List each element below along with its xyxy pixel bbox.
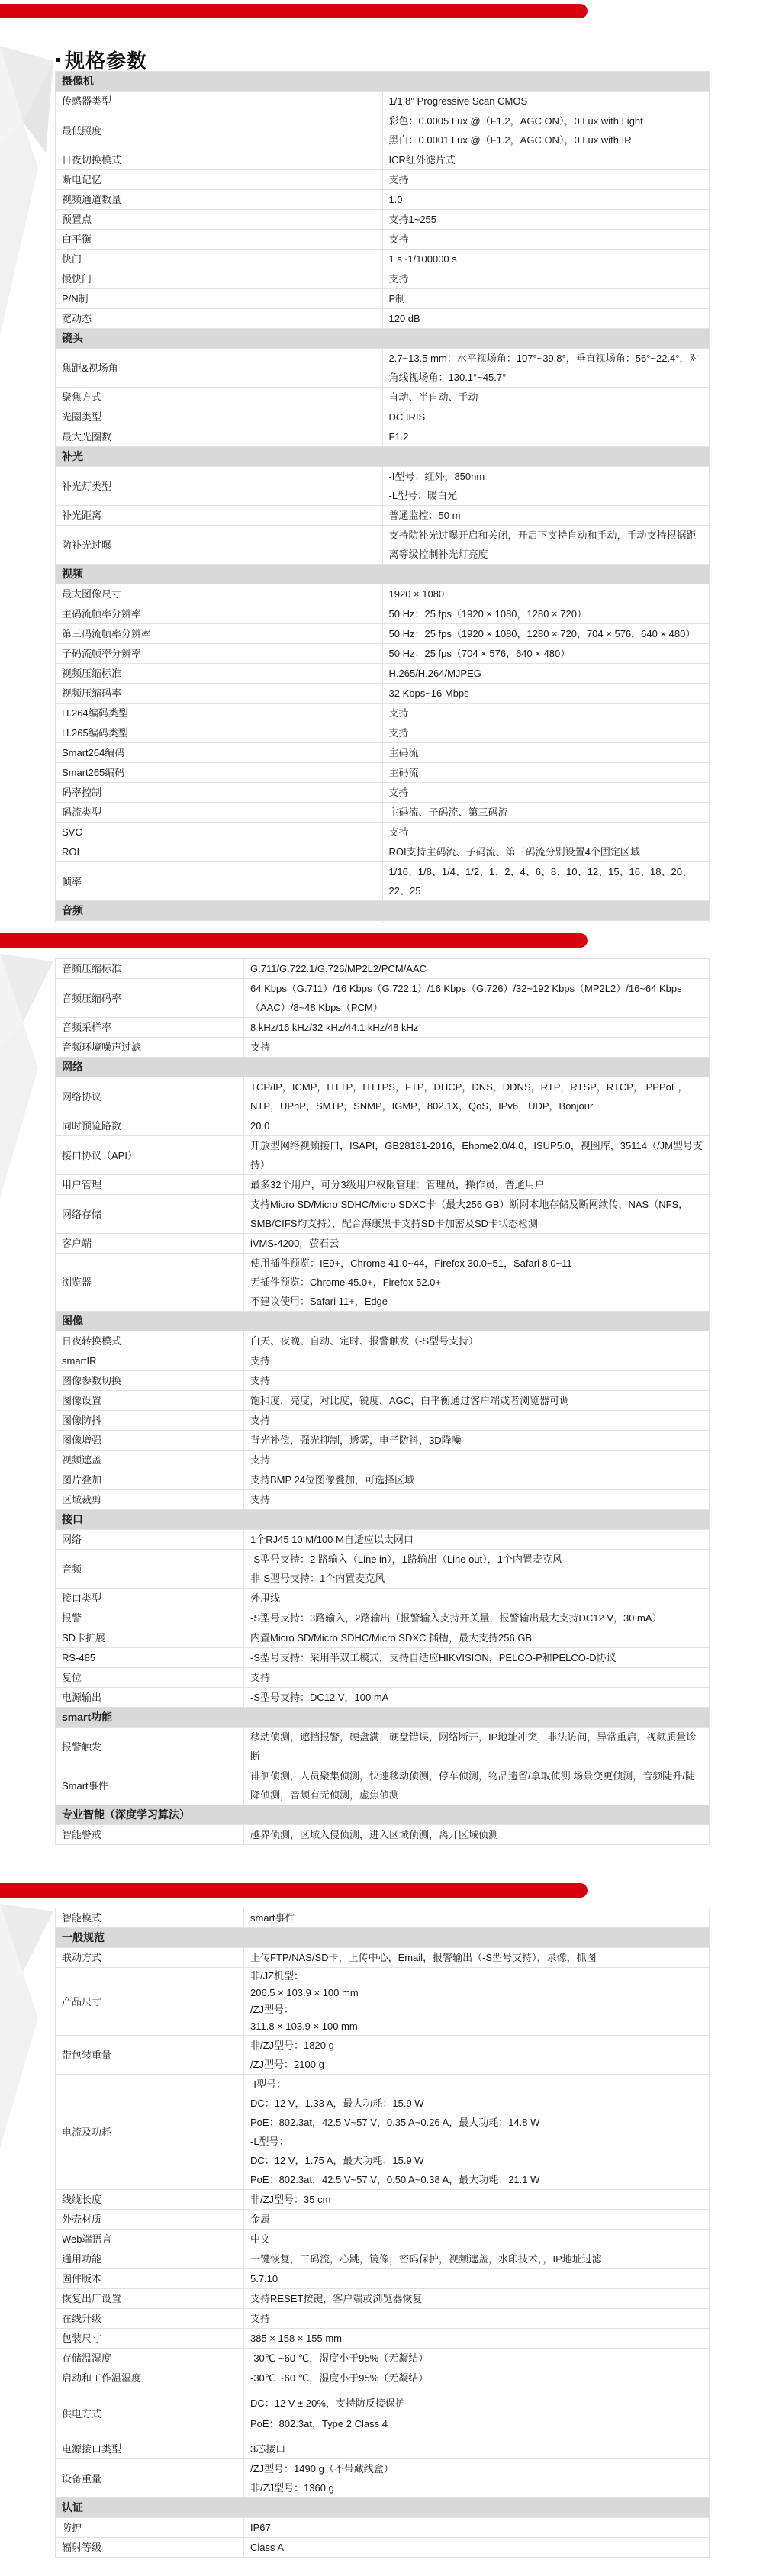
section-header: 视频 [56, 565, 710, 584]
spec-row: 最大光圈数F1.2 [56, 427, 710, 447]
spec-value-line: ROI支持主码流、子码流、第三码流分别设置4个固定区域 [389, 842, 703, 861]
spec-value: 50 Hz：25 fps（1920 × 1080，1280 × 720） [382, 604, 710, 624]
spec-row: 电流及功耗-I型号：DC：12 V，1.33 A，最大功耗：15.9 WPoE：… [56, 2075, 710, 2190]
spec-label: 宽动态 [56, 309, 383, 329]
spec-label: smartIR [56, 1351, 244, 1371]
spec-label: 同时预览路数 [56, 1116, 244, 1136]
spec-label: 码流类型 [56, 803, 383, 823]
spec-value: 支持Micro SD/Micro SDHC/Micro SDXC卡（最大256 … [244, 1195, 710, 1234]
spec-label: 视频遮盖 [56, 1451, 244, 1470]
spec-label: 外壳材质 [56, 2210, 244, 2230]
spec-value: 中文 [244, 2230, 710, 2249]
spec-label: 报警 [56, 1608, 244, 1628]
spec-row: 补光距离普通监控：50 m [56, 506, 710, 526]
spec-row: 区域裁剪支持 [56, 1490, 710, 1510]
spec-value-line: -L型号：暖白光 [389, 486, 703, 505]
spec-value-line: -I型号：红外，850nm [389, 467, 703, 486]
spec-label: SVC [56, 823, 383, 842]
spec-row: P/N制P制 [56, 289, 710, 309]
decorative-star-graphic [0, 31, 57, 336]
spec-label: Smart事件 [56, 1766, 244, 1805]
spec-value-line: 一键恢复，三码流，心跳，镜像，密码保护，视频遮盖，水印技术，，IP地址过滤 [250, 2249, 703, 2268]
spec-value-line: 3芯接口 [250, 2439, 703, 2458]
spec-value-line: 非/ZJ型号：1360 g [250, 2478, 703, 2497]
spec-value-line: 无插件预览：Chrome 45.0+，Firefox 52.0+ [250, 1273, 703, 1292]
spec-value: 越界侦测，区域入侵侦测，进入区域侦测，离开区域侦测 [244, 1825, 710, 1845]
spec-label: 音频环境噪声过滤 [56, 1038, 244, 1058]
spec-row: 固件版本5.7.10 [56, 2269, 710, 2289]
spec-label: 慢快门 [56, 269, 383, 289]
spec-label: 日夜转换模式 [56, 1331, 244, 1351]
spec-row: H.264编码类型支持 [56, 704, 710, 723]
spec-label: 防补光过曝 [56, 526, 383, 565]
spec-value: -I型号：DC：12 V，1.33 A，最大功耗：15.9 WPoE：802.3… [244, 2075, 710, 2190]
spec-row: 音频压缩标准G.711/G.722.1/G.726/MP2L2/PCM/AAC [56, 959, 710, 979]
spec-row: 产品尺寸非/JZ机型：206.5 × 103.9 × 100 mm/ZJ型号：3… [56, 1968, 710, 2036]
spec-label: 带包装重量 [56, 2036, 244, 2075]
spec-table: 摄像机传感器类型1/1.8" Progressive Scan CMOS最低照度… [55, 71, 710, 923]
spec-value-line: 支持 [389, 230, 703, 249]
spec-value: Class A [244, 2538, 710, 2558]
spec-value-line: 50 Hz：25 fps（704 × 576，640 × 480） [389, 644, 703, 663]
spec-row: Smart事件徘徊侦测，人员聚集侦测，快速移动侦测，停车侦测，物品遗留/拿取侦测… [56, 1766, 710, 1805]
spec-label: RS-485 [56, 1648, 244, 1668]
spec-value-line: -30℃ ~60 ℃，湿度小于95%（无凝结） [250, 2349, 703, 2368]
spec-row: 预置点支持1~255 [56, 210, 710, 230]
spec-row: 音频压缩码率64 Kbps（G.711）/16 Kbps（G.722.1）/16… [56, 979, 710, 1018]
section-title: 镜头 [56, 329, 710, 349]
spec-row: 在线升级支持 [56, 2309, 710, 2329]
spec-label: 报警触发 [56, 1728, 244, 1766]
spec-value-line: 5.7.10 [250, 2269, 703, 2288]
spec-label: 电源接口类型 [56, 2439, 244, 2459]
spec-row: 接口协议（API）开放型网络视频接口，ISAPI，GB28181-2016，Eh… [56, 1136, 710, 1175]
spec-value-line: /ZJ型号： [250, 2001, 703, 2018]
section-header: 接口 [56, 1510, 710, 1530]
spec-label: 视频压缩码率 [56, 684, 383, 704]
spec-label: 复位 [56, 1668, 244, 1688]
spec-label: 主码流帧率分辨率 [56, 604, 383, 624]
spec-row: 防护IP67 [56, 2518, 710, 2538]
spec-value-line: 徘徊侦测，人员聚集侦测，快速移动侦测，停车侦测，物品遗留/拿取侦测 场景变更侦测… [250, 1766, 703, 1805]
section-header: 补光 [56, 447, 710, 467]
spec-row: 最低照度彩色：0.0005 Lux @（F1.2，AGC ON），0 Lux w… [56, 111, 710, 150]
spec-row: 存储温湿度-30℃ ~60 ℃，湿度小于95%（无凝结） [56, 2349, 710, 2368]
section-header: smart功能 [56, 1708, 710, 1728]
spec-label: 最大光圈数 [56, 427, 383, 447]
spec-value: 支持 [244, 1371, 710, 1391]
spec-label: 恢复出厂设置 [56, 2289, 244, 2309]
spec-value-line: 2.7~13.5 mm：水平视场角：107°~39.8°，垂直视场角：56°~2… [389, 349, 703, 387]
spec-label: 帧率 [56, 862, 383, 901]
spec-row: 浏览器使用插件预览：IE9+，Chrome 41.0~44，Firefox 30… [56, 1254, 710, 1312]
spec-label: 音频压缩标准 [56, 959, 244, 979]
spec-value: DC IRIS [382, 407, 710, 427]
spec-value: 背光补偿，强光抑制，透雾，电子防抖，3D降噪 [244, 1431, 710, 1451]
spec-row: 音频环境噪声过滤支持 [56, 1038, 710, 1058]
spec-value-line: 白天、夜晚、自动、定时、报警触发（-S型号支持） [250, 1331, 703, 1351]
spec-row: 用户管理最多32个用户，可分3级用户权限管理：管理员，操作员，普通用户 [56, 1175, 710, 1195]
spec-value-line: 支持 [389, 823, 703, 842]
spec-row: H.265编码类型支持 [56, 723, 710, 743]
spec-row: 供电方式DC：12 V ± 20%，支持防反接保护PoE：802.3at，Typ… [56, 2388, 710, 2439]
spec-label: P/N制 [56, 289, 383, 309]
spec-value: 支持 [244, 1351, 710, 1371]
spec-label: 包装尺寸 [56, 2329, 244, 2349]
spec-label: 图像防抖 [56, 1411, 244, 1431]
section-title: 一般规范 [56, 1928, 710, 1948]
spec-value-line: 开放型网络视频接口，ISAPI，GB28181-2016，Ehome2.0/4.… [250, 1136, 703, 1174]
spec-value-line: DC：12 V，1.33 A，最大功耗：15.9 W [250, 2094, 703, 2113]
spec-label: 电流及功耗 [56, 2075, 244, 2190]
section-header: 认证 [56, 2498, 710, 2518]
spec-value: -S型号支持：3路输入，2路输出（报警输入支持开关量，报警输出最大支持DC12 … [244, 1608, 710, 1628]
spec-value-line: 支持防补光过曝开启和关闭，开启下支持自动和手动，手动支持根据距离等级控制补光灯亮… [389, 526, 703, 564]
spec-value-line: 支持 [250, 1451, 703, 1470]
spec-row: 光圈类型DC IRIS [56, 407, 710, 427]
spec-value-line: -S型号支持：3路输入，2路输出（报警输入支持开关量，报警输出最大支持DC12 … [250, 1608, 703, 1628]
spec-row: 报警-S型号支持：3路输入，2路输出（报警输入支持开关量，报警输出最大支持DC1… [56, 1608, 710, 1628]
spec-label: 通用功能 [56, 2249, 244, 2269]
spec-label: ROI [56, 842, 383, 862]
brand-red-bar [0, 4, 588, 18]
spec-value: 50 Hz：25 fps（1920 × 1080，1280 × 720，704 … [382, 624, 710, 644]
spec-row: 快门1 s~1/100000 s [56, 250, 710, 269]
spec-value-line: PoE：802.3at，42.5 V~57 V，0.35 A~0.26 A，最大… [250, 2113, 703, 2132]
spec-row: SVC支持 [56, 823, 710, 842]
spec-label: 音频 [56, 1550, 244, 1589]
section-header: 专业智能（深度学习算法） [56, 1805, 710, 1825]
spec-value-line: 50 Hz：25 fps（1920 × 1080，1280 × 720，704 … [389, 624, 703, 643]
spec-value-line: ICR红外滤片式 [389, 150, 703, 169]
spec-value-line: smart事件 [250, 1908, 703, 1927]
spec-value: 徘徊侦测，人员聚集侦测，快速移动侦测，停车侦测，物品遗留/拿取侦测 场景变更侦测… [244, 1766, 710, 1805]
spec-row: 接口类型外甩线 [56, 1589, 710, 1608]
spec-label: 光圈类型 [56, 407, 383, 427]
spec-value: 上传FTP/NAS/SD卡，上传中心，Email，报警输出（-S型号支持），录像… [244, 1948, 710, 1968]
spec-value-line: 1920 × 1080 [389, 584, 703, 604]
section-title: 专业智能（深度学习算法） [56, 1805, 710, 1825]
spec-row: 智能警戒越界侦测，区域入侵侦测，进入区域侦测，离开区域侦测 [56, 1825, 710, 1845]
spec-value: 支持 [382, 230, 710, 250]
spec-value: 金属 [244, 2210, 710, 2230]
spec-value-line: P制 [389, 289, 703, 308]
spec-label: H.265编码类型 [56, 723, 383, 743]
spec-value: 32 Kbps~16 Mbps [382, 684, 710, 704]
spec-row: 视频通道数量1.0 [56, 190, 710, 210]
spec-value-line: 50 Hz：25 fps（1920 × 1080，1280 × 720） [389, 604, 703, 623]
spec-value-line: 311.8 × 103.9 × 100 mm [250, 2018, 703, 2035]
spec-row: RS-485-S型号支持：采用半双工模式，支持自适应HIKVISION，PELC… [56, 1648, 710, 1668]
spec-value-line: 32 Kbps~16 Mbps [389, 684, 703, 703]
spec-row: 外壳材质金属 [56, 2210, 710, 2230]
spec-value-line: 8 kHz/16 kHz/32 kHz/44.1 kHz/48 kHz [250, 1018, 703, 1037]
spec-row: 宽动态120 dB [56, 309, 710, 329]
spec-value-line: 385 × 158 × 155 mm [250, 2329, 703, 2348]
spec-value: 支持RESET按键，客户端或浏览器恢复 [244, 2289, 710, 2309]
spec-value: -30℃ ~60 ℃，湿度小于95%（无凝结） [244, 2349, 710, 2368]
spec-value-line: IP67 [250, 2518, 703, 2537]
spec-label: 图像参数切换 [56, 1371, 244, 1391]
spec-value-line: 1.0 [389, 190, 703, 209]
spec-value: F1.2 [382, 427, 710, 447]
spec-label: 聚焦方式 [56, 388, 383, 407]
spec-value: 支持1~255 [382, 210, 710, 230]
spec-label: 补光距离 [56, 506, 383, 526]
spec-value: 3芯接口 [244, 2439, 710, 2459]
spec-row: 慢快门支持 [56, 269, 710, 289]
spec-row: Smart264编码主码流 [56, 743, 710, 763]
spec-value: 385 × 158 × 155 mm [244, 2329, 710, 2349]
spec-value-line: PoE：802.3at，42.5 V~57 V，0.50 A~0.38 A，最大… [250, 2170, 703, 2189]
spec-value: 饱和度，亮度，对比度，锐度，AGC，白平衡通过客户端或者浏览器可调 [244, 1391, 710, 1411]
spec-row: smartIR支持 [56, 1351, 710, 1371]
spec-label: Web端语言 [56, 2230, 244, 2249]
spec-row: 音频采样率8 kHz/16 kHz/32 kHz/44.1 kHz/48 kHz [56, 1018, 710, 1038]
spec-row: 日夜转换模式白天、夜晚、自动、定时、报警触发（-S型号支持） [56, 1331, 710, 1351]
spec-label: 图像设置 [56, 1391, 244, 1411]
spec-value-line: 普通监控：50 m [389, 506, 703, 525]
spec-value: 1/1.8" Progressive Scan CMOS [382, 92, 710, 111]
spec-row: 最大图像尺寸1920 × 1080 [56, 584, 710, 604]
spec-value: -S型号支持：DC12 V，100 mA [244, 1688, 710, 1708]
spec-value-line: -S型号支持：DC12 V，100 mA [250, 1688, 703, 1707]
spec-value: 支持 [244, 1411, 710, 1431]
spec-row: Web端语言中文 [56, 2230, 710, 2249]
spec-row: 启动和工作温湿度-30℃ ~60 ℃，湿度小于95%（无凝结） [56, 2368, 710, 2388]
spec-value-line: 主码流 [389, 763, 703, 782]
spec-row: 防补光过曝支持防补光过曝开启和关闭，开启下支持自动和手动，手动支持根据距离等级控… [56, 526, 710, 565]
spec-value: 20.0 [244, 1116, 710, 1136]
spec-value: H.265/H.264/MJPEG [382, 664, 710, 684]
brand-red-bar [0, 933, 588, 948]
spec-label: 音频压缩码率 [56, 979, 244, 1018]
spec-label: 在线升级 [56, 2309, 244, 2329]
spec-row: ROIROI支持主码流、子码流、第三码流分别设置4个固定区域 [56, 842, 710, 862]
spec-value-line: 非/ZJ型号：35 cm [250, 2190, 703, 2209]
spec-label: 浏览器 [56, 1254, 244, 1312]
spec-value-line: 支持 [250, 1351, 703, 1370]
spec-value: 120 dB [382, 309, 710, 329]
spec-value-line: 不建议使用：Safari 11+，Edge [250, 1292, 703, 1311]
spec-label: 视频通道数量 [56, 190, 383, 210]
spec-label: 网络 [56, 1530, 244, 1550]
spec-row: 复位支持 [56, 1668, 710, 1688]
spec-label: 供电方式 [56, 2388, 244, 2439]
spec-label: 线缆长度 [56, 2190, 244, 2210]
spec-value: 1个RJ45 10 M/100 M自适应以太网口 [244, 1530, 710, 1550]
section-title: 网络 [56, 1058, 710, 1077]
spec-value: ROI支持主码流、子码流、第三码流分别设置4个固定区域 [382, 842, 710, 862]
spec-value: 主码流、子码流、第三码流 [382, 803, 710, 823]
spec-value-line: 金属 [250, 2210, 703, 2229]
spec-value: IP67 [244, 2518, 710, 2538]
spec-value: 支持 [382, 823, 710, 842]
spec-row: 图像参数切换支持 [56, 1371, 710, 1391]
spec-row: 网络1个RJ45 10 M/100 M自适应以太网口 [56, 1530, 710, 1550]
spec-value-line: 主码流、子码流、第三码流 [389, 803, 703, 822]
spec-value: 外甩线 [244, 1589, 710, 1608]
spec-value-line: 上传FTP/NAS/SD卡，上传中心，Email，报警输出（-S型号支持），录像… [250, 1948, 703, 1967]
spec-value: 自动、半自动、手动 [382, 388, 710, 407]
spec-value-line: /ZJ型号：1490 g（不带藏线盒） [250, 2459, 703, 2478]
spec-row: 报警触发移动侦测，遮挡报警，硬盘满，硬盘错误，网络断开，IP地址冲突，非法访问，… [56, 1728, 710, 1766]
spec-label: 辐射等级 [56, 2538, 244, 2558]
section-header: 摄像机 [56, 72, 710, 92]
spec-row: 客户端iVMS-4200，萤石云 [56, 1234, 710, 1254]
spec-value: ICR红外滤片式 [382, 150, 710, 170]
spec-label: 网络存储 [56, 1195, 244, 1234]
spec-row: 网络存储支持Micro SD/Micro SDHC/Micro SDXC卡（最大… [56, 1195, 710, 1234]
spec-row: 视频遮盖支持 [56, 1451, 710, 1470]
spec-value: 普通监控：50 m [382, 506, 710, 526]
spec-label: 白平衡 [56, 230, 383, 250]
spec-value: 50 Hz：25 fps（704 × 576，640 × 480） [382, 644, 710, 664]
section-header: 镜头 [56, 329, 710, 349]
spec-value-line: Class A [250, 2538, 703, 2557]
spec-value-line: -S型号支持：采用半双工模式，支持自适应HIKVISION，PELCO-P和PE… [250, 1648, 703, 1667]
spec-row: 智能模式smart事件 [56, 1908, 710, 1928]
spec-value-line: DC：12 V，1.75 A，最大功耗：15.9 W [250, 2151, 703, 2170]
spec-row: SD卡扩展内置Micro SD/Micro SDHC/Micro SDXC 插槽… [56, 1628, 710, 1648]
spec-label: 存储温湿度 [56, 2349, 244, 2368]
spec-label: 预置点 [56, 210, 383, 230]
spec-value: 8 kHz/16 kHz/32 kHz/44.1 kHz/48 kHz [244, 1018, 710, 1038]
spec-row: 包装尺寸385 × 158 × 155 mm [56, 2329, 710, 2349]
spec-label: 接口协议（API） [56, 1136, 244, 1175]
spec-row: 图像增强背光补偿，强光抑制，透雾，电子防抖，3D降噪 [56, 1431, 710, 1451]
spec-value-line: 非/JZ机型： [250, 1968, 703, 1985]
spec-row: 辐射等级Class A [56, 2538, 710, 2558]
spec-value-line: F1.2 [389, 427, 703, 446]
spec-value: 移动侦测，遮挡报警，硬盘满，硬盘错误，网络断开，IP地址冲突，非法访问，异常重启… [244, 1728, 710, 1766]
spec-value: DC：12 V ± 20%，支持防反接保护PoE：802.3at，Type 2 … [244, 2388, 710, 2439]
spec-value: 支持 [382, 269, 710, 289]
spec-label: 图像增强 [56, 1431, 244, 1451]
spec-value: -30℃ ~60 ℃，湿度小于95%（无凝结） [244, 2368, 710, 2388]
spec-value: 使用插件预览：IE9+，Chrome 41.0~44，Firefox 30.0~… [244, 1254, 710, 1312]
spec-value: 1.0 [382, 190, 710, 210]
spec-label: 第三码流帧率分辨率 [56, 624, 383, 644]
section-title: 音频 [56, 901, 710, 921]
spec-label: 传感器类型 [56, 92, 383, 111]
spec-value-line: 支持 [250, 1490, 703, 1509]
spec-value-line: iVMS-4200，萤石云 [250, 1234, 703, 1253]
spec-label: 子码流帧率分辨率 [56, 644, 383, 664]
spec-value-line: -I型号： [250, 2075, 703, 2094]
spec-value-line: 1/1.8" Progressive Scan CMOS [389, 92, 703, 111]
spec-value-line: PoE：802.3at，Type 2 Class 4 [250, 2413, 703, 2434]
spec-row: 设备重量/ZJ型号：1490 g（不带藏线盒）非/ZJ型号：1360 g [56, 2459, 710, 2498]
spec-value-line: 自动、半自动、手动 [389, 388, 703, 407]
section-title: 接口 [56, 1510, 710, 1530]
spec-value: 支持 [382, 783, 710, 803]
spec-label: 快门 [56, 250, 383, 269]
spec-value: 支持 [244, 1668, 710, 1688]
spec-label: 联动方式 [56, 1948, 244, 1968]
spec-value: -I型号：红外，850nm-L型号：暖白光 [382, 467, 710, 506]
spec-value: 支持 [244, 1038, 710, 1058]
spec-row: 补光灯类型-I型号：红外，850nm-L型号：暖白光 [56, 467, 710, 506]
spec-row: Smart265编码主码流 [56, 763, 710, 783]
spec-value-line: 移动侦测，遮挡报警，硬盘满，硬盘错误，网络断开，IP地址冲突，非法访问，异常重启… [250, 1728, 703, 1766]
spec-label: SD卡扩展 [56, 1628, 244, 1648]
section-header: 一般规范 [56, 1928, 710, 1948]
spec-value: 非/ZJ型号：1820 g/ZJ型号：2100 g [244, 2036, 710, 2075]
spec-value-line: 最多32个用户，可分3级用户权限管理：管理员，操作员，普通用户 [250, 1175, 703, 1194]
section-title: 摄像机 [56, 72, 710, 92]
spec-value-line: -L型号： [250, 2132, 703, 2151]
spec-row: 白平衡支持 [56, 230, 710, 250]
spec-value: iVMS-4200，萤石云 [244, 1234, 710, 1254]
spec-row: 网络协议TCP/IP，ICMP，HTTP，HTTPS，FTP，DHCP，DNS，… [56, 1077, 710, 1116]
decorative-star-graphic [0, 1904, 57, 2148]
spec-value-line: 120 dB [389, 309, 703, 328]
spec-row: 图像防抖支持 [56, 1411, 710, 1431]
section-title: smart功能 [56, 1708, 710, 1728]
spec-row: 音频-S型号支持：2 路输入（Line in），1路输出（Line out），1… [56, 1550, 710, 1589]
spec-label: 区域裁剪 [56, 1490, 244, 1510]
spec-value-line: /ZJ型号：2100 g [250, 2055, 703, 2074]
spec-row: 联动方式上传FTP/NAS/SD卡，上传中心，Email，报警输出（-S型号支持… [56, 1948, 710, 1968]
spec-label: 设备重量 [56, 2459, 244, 2498]
spec-label: 客户端 [56, 1234, 244, 1254]
spec-value: -S型号支持：2 路输入（Line in），1路输出（Line out），1个内… [244, 1550, 710, 1589]
page-title: 规格参数 [56, 46, 147, 74]
spec-label: 接口类型 [56, 1589, 244, 1608]
spec-value: 主码流 [382, 743, 710, 763]
spec-value-line: 支持 [389, 269, 703, 288]
spec-row: 码率控制支持 [56, 783, 710, 803]
spec-value-line: 支持 [250, 1371, 703, 1390]
spec-value: 64 Kbps（G.711）/16 Kbps（G.722.1）/16 Kbps（… [244, 979, 710, 1018]
section-title: 认证 [56, 2498, 710, 2518]
spec-label: 网络协议 [56, 1077, 244, 1116]
spec-value-line: 支持BMP 24位图像叠加，可选择区域 [250, 1470, 703, 1489]
spec-value-line: G.711/G.722.1/G.726/MP2L2/PCM/AAC [250, 959, 703, 978]
title-bullet-icon [56, 58, 60, 62]
spec-value: TCP/IP，ICMP，HTTP，HTTPS，FTP，DHCP，DNS，DDNS… [244, 1077, 710, 1116]
spec-value-line: 支持 [389, 704, 703, 723]
spec-value-line: 饱和度，亮度，对比度，锐度，AGC，白平衡通过客户端或者浏览器可调 [250, 1391, 703, 1410]
spec-value: 支持 [382, 170, 710, 190]
spec-label: 防护 [56, 2518, 244, 2538]
spec-value: G.711/G.722.1/G.726/MP2L2/PCM/AAC [244, 959, 710, 979]
spec-value: 非/ZJ型号：35 cm [244, 2190, 710, 2210]
spec-row: 图像设置饱和度，亮度，对比度，锐度，AGC，白平衡通过客户端或者浏览器可调 [56, 1391, 710, 1411]
spec-label: 日夜切换模式 [56, 150, 383, 170]
spec-value-line: 支持RESET按键，客户端或浏览器恢复 [250, 2289, 703, 2308]
spec-row: 日夜切换模式ICR红外滤片式 [56, 150, 710, 170]
spec-value: 1920 × 1080 [382, 584, 710, 604]
spec-value-line: 非-S型号支持：1个内置麦克风 [250, 1569, 703, 1588]
spec-value-line: 背光补偿，强光抑制，透雾，电子防抖，3D降噪 [250, 1431, 703, 1450]
spec-value-line: 内置Micro SD/Micro SDHC/Micro SDXC 插槽，最大支持… [250, 1628, 703, 1647]
spec-value-line: H.265/H.264/MJPEG [389, 664, 703, 683]
brand-red-bar [0, 1883, 588, 1898]
spec-label: 补光灯类型 [56, 467, 383, 506]
spec-value: 支持 [244, 2309, 710, 2329]
spec-row: 第三码流帧率分辨率50 Hz：25 fps（1920 × 1080，1280 ×… [56, 624, 710, 644]
spec-label: 产品尺寸 [56, 1968, 244, 2036]
spec-value-line: 64 Kbps（G.711）/16 Kbps（G.722.1）/16 Kbps（… [250, 979, 703, 1017]
spec-label: 智能模式 [56, 1908, 244, 1928]
spec-row: 码流类型主码流、子码流、第三码流 [56, 803, 710, 823]
spec-label: 最大图像尺寸 [56, 584, 383, 604]
spec-label: Smart264编码 [56, 743, 383, 763]
spec-row: 图片叠加支持BMP 24位图像叠加，可选择区域 [56, 1470, 710, 1490]
spec-label: 最低照度 [56, 111, 383, 150]
